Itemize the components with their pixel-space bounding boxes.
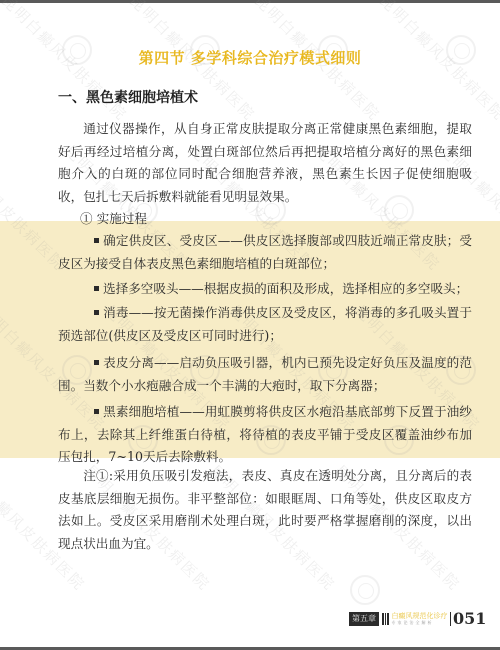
step-title: ① 实施过程 [80, 208, 147, 227]
top-border-rule [0, 0, 500, 3]
page-footer: 第五章 白癜风规范化诊疗 专家论治全解析 051 [349, 609, 486, 628]
square-bullet-icon [94, 286, 99, 291]
book-subtitle: 专家论治全解析 [392, 620, 448, 626]
page-number-divider [450, 612, 452, 626]
procedure-step: 选择多空吸头——根据皮损的面积及形成，选择相应的多空吸头； [58, 278, 472, 301]
square-bullet-icon [94, 310, 99, 315]
chapter-label: 第五章 [349, 612, 379, 626]
square-bullet-icon [94, 360, 99, 365]
procedure-step: 表皮分离——启动负压吸引器，机内已预先设定好负压及温度的范围。当数个小水疱融合成… [58, 352, 472, 397]
square-bullet-icon [94, 238, 99, 243]
procedure-step-text: 选择多空吸头——根据皮损的面积及形成，选择相应的多空吸头； [103, 281, 468, 296]
procedure-step-text: 表皮分离——启动负压吸引器，机内已预先设定好负压及温度的范围。当数个小水疱融合成… [58, 355, 472, 393]
note-paragraph: 注①:采用负压吸引发疱法，表皮、真皮在透明处分离，且分离后的表皮基底层细胞无损伤… [58, 465, 472, 555]
procedure-step: 确定供皮区、受皮区——供皮区选择腹部或四肢近端正常皮肤；受皮区为接受自体表皮黑色… [58, 230, 472, 275]
intro-paragraph: 通过仪器操作，从自身正常皮肤提取分离正常健康黑色素细胞，提取好后再经过培植分离，… [58, 118, 472, 208]
procedure-step: 黑素细胞培植——用虹膜剪将供皮区水疱沿基底部剪下反置于油纱布上，去除其上纤维蛋白… [58, 401, 472, 469]
decorative-bars-icon [382, 613, 389, 625]
page-number: 051 [453, 609, 486, 628]
square-bullet-icon [94, 409, 99, 414]
page-title: 第四节 多学科综合治疗模式细则 [0, 47, 500, 68]
procedure-step: 消毒——按无菌操作消毒供皮区及受皮区，将消毒的多孔吸头置于预选部位(供皮区及受皮… [58, 302, 472, 347]
procedure-step-text: 消毒——按无菌操作消毒供皮区及受皮区，将消毒的多孔吸头置于预选部位(供皮区及受皮… [58, 305, 472, 343]
procedure-step-text: 黑素细胞培植——用虹膜剪将供皮区水疱沿基底部剪下反置于油纱布上，去除其上纤维蛋白… [58, 404, 472, 464]
section-heading: 一、黑色素细胞培植术 [58, 87, 198, 107]
book-title: 白癜风规范化诊疗 [392, 612, 448, 620]
watermark-seal-icon [350, 575, 380, 605]
procedure-step-text: 确定供皮区、受皮区——供皮区选择腹部或四肢近端正常皮肤；受皮区为接受自体表皮黑色… [58, 233, 472, 271]
running-book-title: 白癜风规范化诊疗 专家论治全解析 [392, 612, 448, 626]
